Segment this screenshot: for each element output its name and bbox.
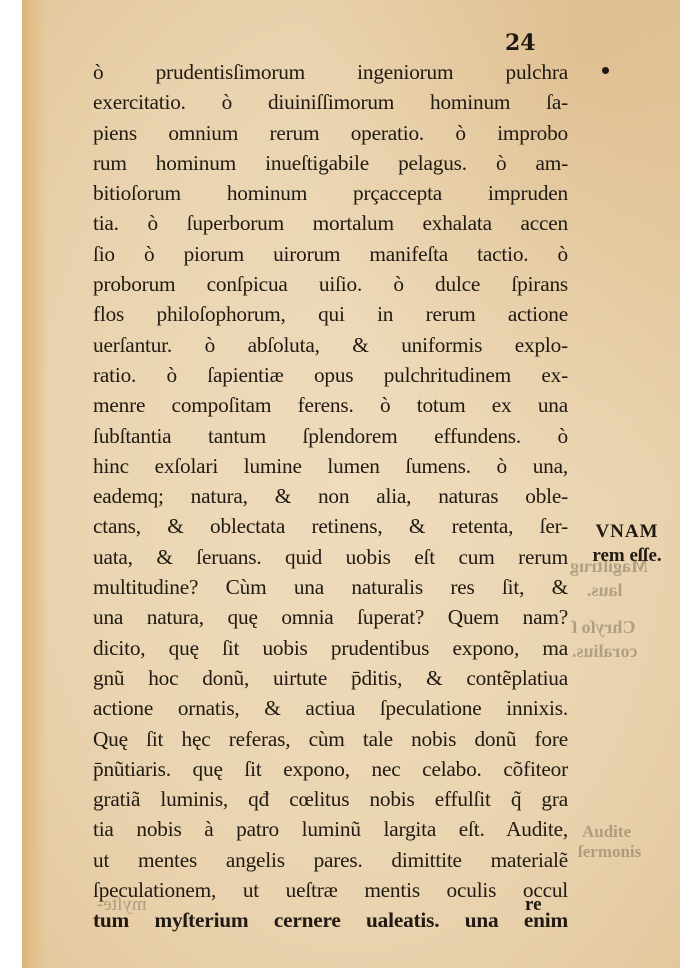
manuscript-page: 24 Magiſtrug laus. Chryſo ſ coralius. Au… — [22, 0, 680, 968]
ink-dot — [602, 67, 609, 74]
marginal-note: VNAM rem eſſe. — [572, 520, 682, 568]
text-line: uata, & ſeruans. quid uobis eſt cum reru… — [93, 542, 568, 572]
folio-number: 24 — [505, 30, 536, 56]
text-line: proborum conſpicua uiſio. ò dulce ſpiran… — [93, 269, 568, 299]
text-line: ut mentes angelis pares. dimittite mater… — [93, 845, 568, 875]
text-line: tum myſterium cernere ualeatis. una enim — [93, 905, 568, 935]
text-line: gratiã luminis, qđ cœlitus nobis effulſi… — [93, 784, 568, 814]
marginal-note-line: rem eſſe. — [572, 544, 682, 568]
text-line: eademq; natura, & non alia, naturas oble… — [93, 481, 568, 511]
text-line: rum hominum inueſtigabile pelagus. ò am- — [93, 148, 568, 178]
page-gutter — [22, 0, 48, 968]
show-through-text: coralius. — [572, 641, 638, 662]
body-text: ò prudentisſimorum ingeniorum pulchra ex… — [93, 57, 568, 936]
show-through-text: laus. — [587, 580, 623, 601]
text-line: multitudine? Cùm una naturalis res ſit, … — [93, 572, 568, 602]
text-line: dicito, quę ſit uobis prudentibus expono… — [93, 633, 568, 663]
show-through-text: Audite — [582, 822, 631, 842]
text-line: ratio. ò ſapientiæ opus pulchritudinem e… — [93, 360, 568, 390]
text-line: hinc exſolari lumine lumen ſumens. ò una… — [93, 451, 568, 481]
text-line: Quę ſit hęc referas, cùm tale nobis donũ… — [93, 724, 568, 754]
text-line: tia nobis à patro luminũ largita eſt. Au… — [93, 814, 568, 844]
text-line: bitioſorum hominum prçaccepta impruden — [93, 178, 568, 208]
marginal-note-line: VNAM — [572, 520, 682, 544]
text-line: ſpeculationem, ut ueſtræ mentis oculis o… — [93, 875, 568, 905]
text-line: ſubſtantia tantum ſplendorem effundens. … — [93, 421, 568, 451]
show-through-text: Chryſo ſ — [572, 617, 636, 638]
text-line: ctans, & oblectata retinens, & retenta, … — [93, 511, 568, 541]
text-line: tia. ò ſuperborum mortalum exhalata acce… — [93, 208, 568, 238]
catchword: re — [525, 894, 542, 916]
text-line: p̄nũtiaris. quę ſit expono, nec celabo. … — [93, 754, 568, 784]
text-line: una natura, quę omnia ſuperat? Quem nam? — [93, 602, 568, 632]
text-line: exercitatio. ò diuiniſſimorum hominum ſa… — [93, 87, 568, 117]
text-line: ſio ò piorum uirorum manifeſta tactio. ò — [93, 239, 568, 269]
text-line: flos philoſophorum, qui in rerum actione — [93, 299, 568, 329]
text-line: gnũ hoc donũ, uirtute p̄ditis, & contẽpl… — [93, 663, 568, 693]
text-line: ò prudentisſimorum ingeniorum pulchra — [93, 57, 568, 87]
text-line: uerſantur. ò abſoluta, & uniformis explo… — [93, 330, 568, 360]
text-line: menre compoſitam ferens. ò totum ex una — [93, 390, 568, 420]
text-line: piens omnium rerum operatio. ò improbo — [93, 118, 568, 148]
show-through-text: ſermonis — [578, 842, 641, 862]
text-line: actione ornatis, & actiua ſpeculatione i… — [93, 693, 568, 723]
